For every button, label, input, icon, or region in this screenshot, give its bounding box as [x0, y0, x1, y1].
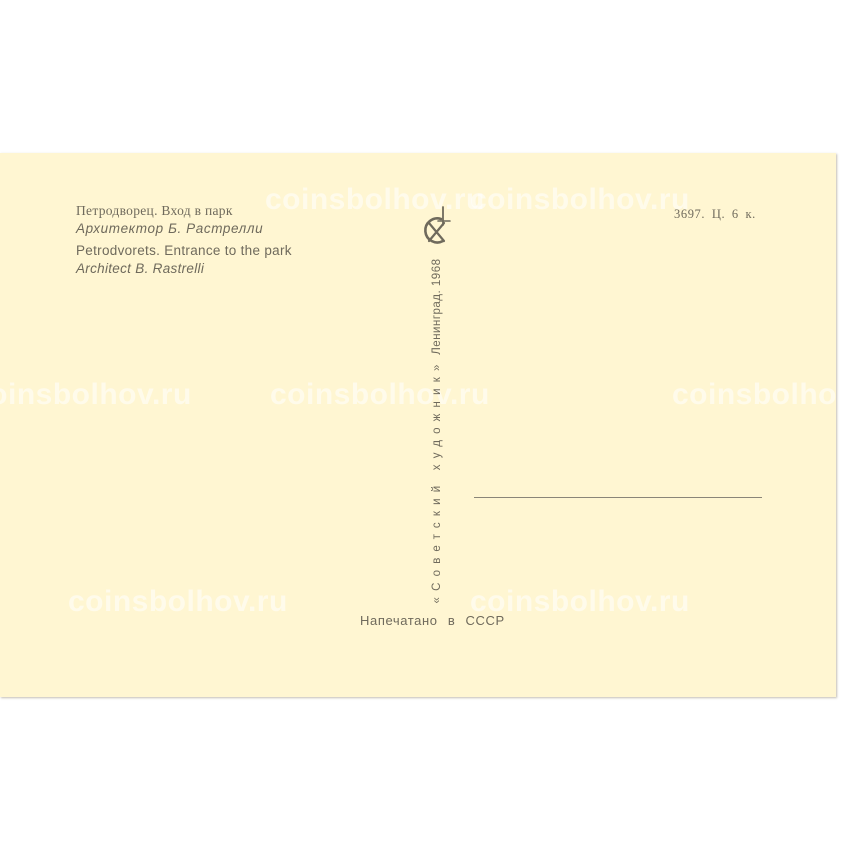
- watermark: coinsbolhov.ru: [270, 378, 490, 412]
- address-line: [474, 497, 762, 498]
- watermark: coinsbolhov.ru: [672, 378, 836, 412]
- printed-in-label: Напечатано в СССР: [360, 613, 505, 628]
- postcard-back: coinsbolhov.ru coinsbolhov.ru coinsbolho…: [0, 153, 836, 697]
- publisher-city-year: Ленинград. 1968: [431, 259, 443, 355]
- caption-title-en: Petrodvorets. Entrance to the park: [76, 243, 292, 258]
- catalog-number: 3697. Ц. 6 к.: [674, 207, 756, 222]
- caption-title-ru: Петродворец. Вход в парк: [76, 203, 233, 219]
- caption-architect-en: Architect B. Rastrelli: [76, 261, 204, 276]
- watermark: coinsbolhov.ru: [68, 585, 288, 619]
- caption-architect-ru: Архитектор Б. Растрелли: [76, 221, 263, 236]
- page: coinsbolhov.ru coinsbolhov.ru coinsbolho…: [0, 0, 850, 850]
- watermark: coinsbolhov.ru: [470, 183, 690, 217]
- publisher-logo-icon: [417, 203, 457, 247]
- watermark: coinsbolhov.ru: [0, 378, 192, 412]
- publisher-name: «Советский художник»: [431, 358, 443, 603]
- publisher-line: «Советский художник» Ленинград. 1968: [431, 259, 443, 604]
